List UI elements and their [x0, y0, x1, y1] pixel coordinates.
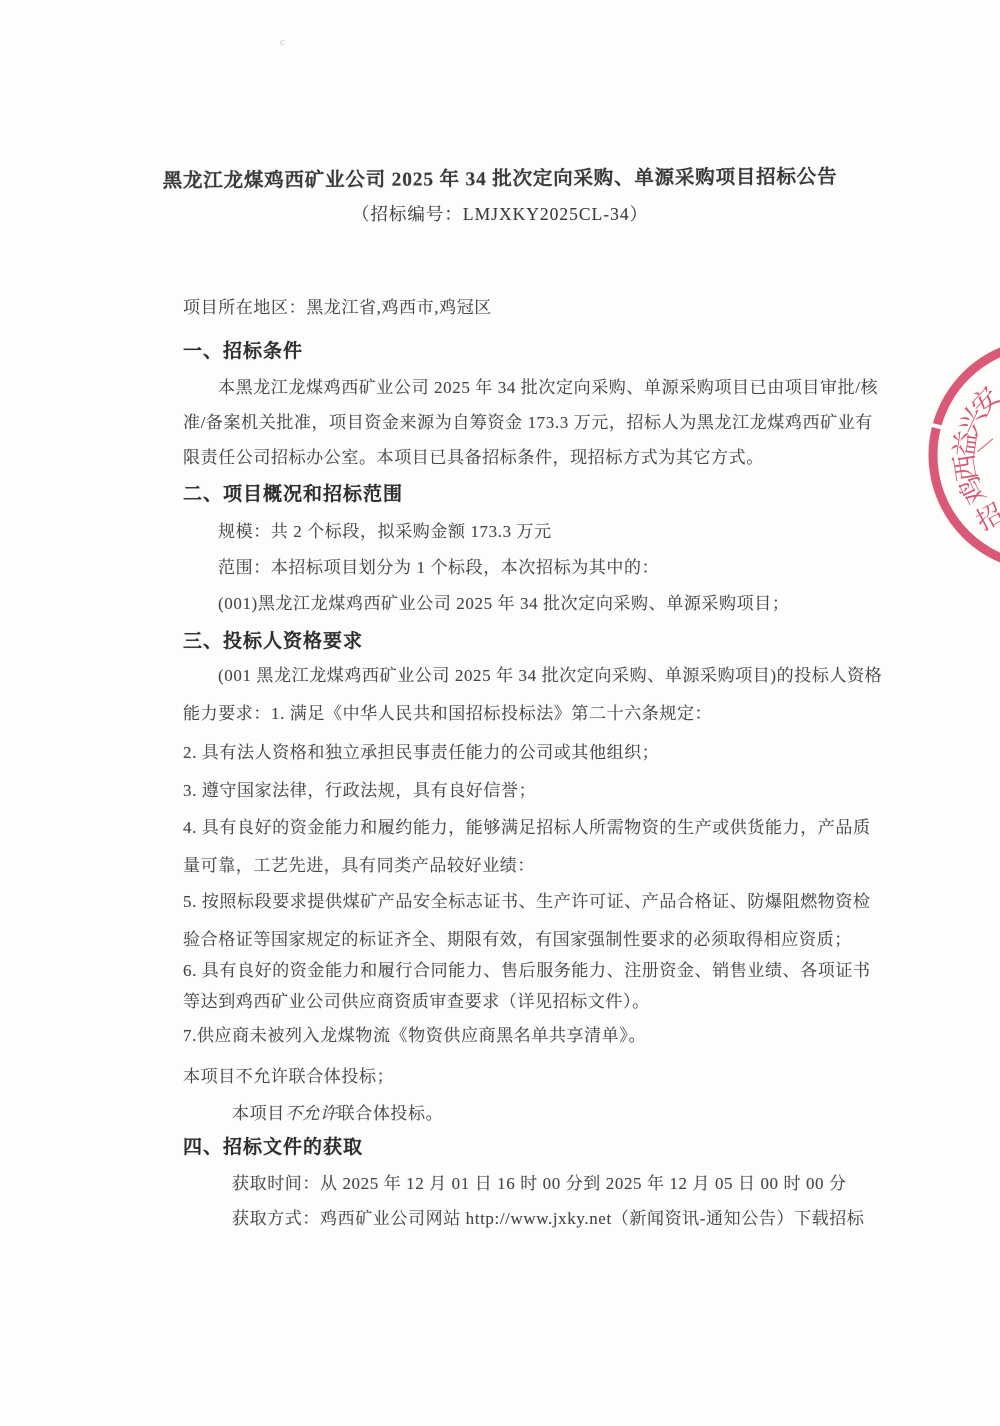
- document-title: 黑龙江龙煤鸡西矿业公司 2025 年 34 批次定向采购、单源采购项目招标公告: [0, 160, 1000, 194]
- section3-line10: 等达到鸡西矿业公司供应商资质审查要求（详见招标文件）。: [183, 987, 650, 1012]
- section3-line3: 2. 具有法人资格和独立承担民事责任能力的公司或其他组织；: [183, 738, 659, 763]
- section3-line5: 4. 具有良好的资金能力和履约能力，能够满足招标人所需物资的生产或供货能力，产品…: [183, 813, 871, 838]
- section2-scope-line: 范围：本招标项目划分为 1 个标段，本次招标为其中的：: [218, 553, 659, 578]
- section3-line8: 验合格证等国家规定的标证齐全、期限有效，有国家强制性要求的必须取得相应资质；: [183, 925, 852, 950]
- section2-lot-line: (001)黑龙江龙煤鸡西矿业公司 2025 年 34 批次定向采购、单源采购项目…: [218, 589, 789, 614]
- section4-method-line: 获取方式：鸡西矿业公司网站 http://www.jxky.net（新闻资讯-通…: [232, 1204, 864, 1229]
- no-jv2-suffix: 联合体投标。: [338, 1104, 444, 1123]
- red-company-stamp: 安 兴 益 西 鸡 — 招: [895, 325, 1000, 590]
- section1-line2: 准/备案机关批准，项目资金来源为自筹资金 173.3 万元，招标人为黑龙江龙煤鸡…: [183, 408, 873, 433]
- no-jv2-prefix: 本项目: [232, 1104, 285, 1123]
- project-location-line: 项目所在地区：黑龙江省,鸡西市,鸡冠区: [183, 293, 492, 318]
- tender-number: （招标编号：LMJXKY2025CL-34）: [0, 201, 1000, 226]
- scanned-tender-announcement-page: c 黑龙江龙煤鸡西矿业公司 2025 年 34 批次定向采购、单源采购项目招标公…: [0, 0, 1000, 1426]
- section3-line11: 7.供应商未被列入龙煤物流《物资供应商黑名单共享清单》。: [183, 1021, 646, 1046]
- section2-scale-line: 规模：共 2 个标段，拟采购金额 173.3 万元: [218, 517, 552, 542]
- section3-line6: 量可靠，工艺先进，具有同类产品较好业绩：: [183, 851, 535, 876]
- section1-line3: 限责任公司招标办公室。本项目已具备招标条件，现招标方式为其它方式。: [183, 443, 764, 468]
- no-jv2-italic: 不允许: [285, 1104, 338, 1123]
- section1-line1: 本黑龙江龙煤鸡西矿业公司 2025 年 34 批次定向采购、单源采购项目已由项目…: [218, 373, 878, 398]
- section3-heading: 三、投标人资格要求: [183, 626, 363, 653]
- section4-heading: 四、招标文件的获取: [183, 1132, 363, 1159]
- section3-line2: 能力要求：1. 满足《中华人民共和国招标投标法》第二十六条规定：: [183, 699, 712, 724]
- section3-line7: 5. 按照标段要求提供煤矿产品安全标志证书、生产许可证、产品合格证、防爆阻燃物资…: [183, 887, 871, 912]
- section4-time-line: 获取时间：从 2025 年 12 月 01 日 16 时 00 分到 2025 …: [232, 1169, 847, 1194]
- no-joint-venture-line1: 本项目不允许联合体投标；: [183, 1062, 394, 1087]
- scan-artifact-mark: c: [280, 36, 285, 48]
- no-joint-venture-line2: 本项目不允许联合体投标。: [232, 1099, 443, 1124]
- section2-heading: 二、项目概况和招标范围: [183, 479, 403, 506]
- section3-line1: (001 黑龙江龙煤鸡西矿业公司 2025 年 34 批次定向采购、单源采购项目…: [218, 661, 882, 686]
- section1-heading: 一、招标条件: [183, 336, 303, 363]
- section3-line4: 3. 遵守国家法律，行政法规，具有良好信誉；: [183, 776, 536, 801]
- section3-line9: 6. 具有良好的资金能力和履行合同能力、售后服务能力、注册资金、销售业绩、各项证…: [183, 956, 871, 981]
